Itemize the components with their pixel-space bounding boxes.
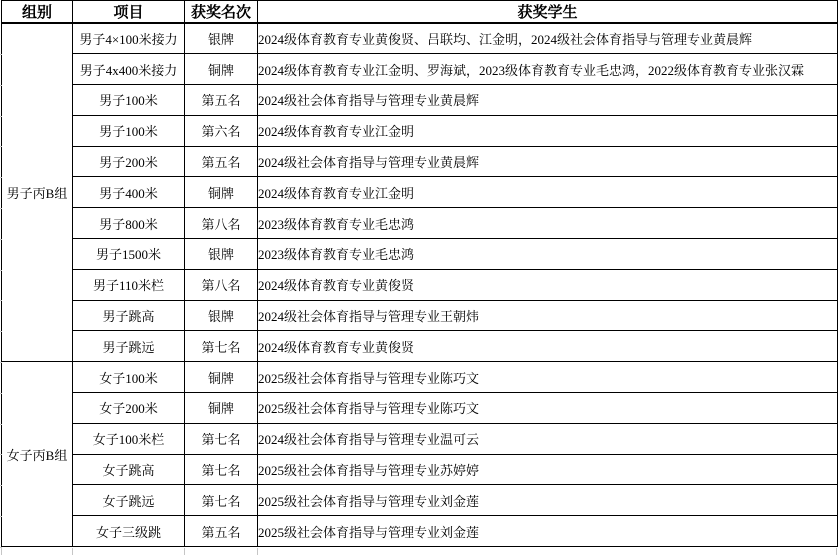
rank-cell: 第五名 — [185, 146, 258, 177]
gridline-stub — [0, 54, 2, 55]
table-body: 男子丙B组男子4×100米接力银牌2024级体育教育专业黄俊贤、吕联均、江金明，… — [2, 23, 838, 547]
awards-table: 组别 项目 获奖名次 获奖学生 男子丙B组男子4×100米接力银牌2024级体育… — [1, 0, 838, 547]
gridline-stub — [0, 547, 2, 548]
students-cell: 2025级社会体育指导与管理专业刘金莲 — [258, 516, 838, 547]
table-row: 男子丙B组男子4×100米接力银牌2024级体育教育专业黄俊贤、吕联均、江金明，… — [2, 23, 838, 54]
gridline-stub — [0, 208, 2, 209]
rank-cell: 第八名 — [185, 208, 258, 239]
students-cell: 2024级体育教育专业黄俊贤 — [258, 331, 838, 362]
event-cell: 男子1500米 — [73, 239, 185, 270]
rank-cell: 第五名 — [185, 516, 258, 547]
event-cell: 女子200米 — [73, 393, 185, 424]
gridline-stub — [836, 548, 837, 555]
rank-cell: 第五名 — [185, 85, 258, 116]
gridline-stub — [0, 362, 2, 363]
gridline-stub — [257, 548, 258, 555]
gridline-stub — [0, 516, 2, 517]
header-rank: 获奖名次 — [185, 1, 258, 24]
event-cell: 男子100米 — [73, 85, 185, 116]
table-row: 男子1500米银牌2023级体育教育专业毛忠鸿 — [2, 239, 838, 270]
event-cell: 男子4x400米接力 — [73, 54, 185, 85]
header-group: 组别 — [2, 1, 73, 24]
awards-sheet: 组别 项目 获奖名次 获奖学生 男子丙B组男子4×100米接力银牌2024级体育… — [0, 0, 840, 555]
gridline-stub — [0, 85, 2, 86]
group-cell: 女子丙B组 — [2, 362, 73, 547]
event-cell: 男子400米 — [73, 177, 185, 208]
rank-cell: 铜牌 — [185, 54, 258, 85]
students-cell: 2024级体育教育专业江金明 — [258, 177, 838, 208]
gridline-stub — [0, 331, 2, 332]
table-row: 男子跳高银牌2024级社会体育指导与管理专业王朝炜 — [2, 300, 838, 331]
table-row: 男子110米栏第八名2024级体育教育专业黄俊贤 — [2, 269, 838, 300]
gridline-stub — [0, 239, 2, 240]
table-row: 男子200米第五名2024级社会体育指导与管理专业黄晨辉 — [2, 146, 838, 177]
students-cell: 2024级社会体育指导与管理专业王朝炜 — [258, 300, 838, 331]
event-cell: 男子110米栏 — [73, 269, 185, 300]
event-cell: 女子100米栏 — [73, 423, 185, 454]
students-cell: 2024级体育教育专业黄俊贤 — [258, 269, 838, 300]
table-row: 男子100米第六名2024级体育教育专业江金明 — [2, 115, 838, 146]
rank-cell: 第六名 — [185, 115, 258, 146]
header-event: 项目 — [73, 1, 185, 24]
event-cell: 女子跳高 — [73, 454, 185, 485]
gridline-stub — [0, 485, 2, 486]
students-cell: 2023级体育教育专业毛忠鸿 — [258, 208, 838, 239]
table-row: 女子跳远第七名2025级社会体育指导与管理专业刘金莲 — [2, 485, 838, 516]
rank-cell: 银牌 — [185, 300, 258, 331]
gridline-stub — [0, 116, 2, 117]
students-cell: 2025级社会体育指导与管理专业苏婷婷 — [258, 454, 838, 485]
table-row: 女子三级跳第五名2025级社会体育指导与管理专业刘金莲 — [2, 516, 838, 547]
table-row: 女子跳高第七名2025级社会体育指导与管理专业苏婷婷 — [2, 454, 838, 485]
event-cell: 男子跳远 — [73, 331, 185, 362]
students-cell: 2024级体育教育专业江金明、罗海斌，2023级体育教育专业毛忠鸿，2022级体… — [258, 54, 838, 85]
rank-cell: 铜牌 — [185, 177, 258, 208]
gridline-stub — [0, 424, 2, 425]
gridline-stub — [72, 548, 73, 555]
gridline-stub — [0, 454, 2, 455]
students-cell: 2024级社会体育指导与管理专业黄晨辉 — [258, 85, 838, 116]
students-cell: 2025级社会体育指导与管理专业刘金莲 — [258, 485, 838, 516]
table-row: 男子400米铜牌2024级体育教育专业江金明 — [2, 177, 838, 208]
event-cell: 女子100米 — [73, 362, 185, 393]
table-row: 男子800米第八名2023级体育教育专业毛忠鸿 — [2, 208, 838, 239]
rank-cell: 银牌 — [185, 239, 258, 270]
rank-cell: 第七名 — [185, 331, 258, 362]
header-students: 获奖学生 — [258, 1, 838, 24]
event-cell: 男子800米 — [73, 208, 185, 239]
students-cell: 2024级社会体育指导与管理专业黄晨辉 — [258, 146, 838, 177]
students-cell: 2024级体育教育专业黄俊贤、吕联均、江金明，2024级社会体育指导与管理专业黄… — [258, 23, 838, 54]
gridline-stub — [0, 270, 2, 271]
rank-cell: 第七名 — [185, 454, 258, 485]
event-cell: 女子三级跳 — [73, 516, 185, 547]
gridline-stub — [0, 300, 2, 301]
students-cell: 2025级社会体育指导与管理专业陈巧文 — [258, 362, 838, 393]
table-row: 男子100米第五名2024级社会体育指导与管理专业黄晨辉 — [2, 85, 838, 116]
rank-cell: 第七名 — [185, 423, 258, 454]
table-row: 女子100米栏第七名2024级社会体育指导与管理专业温可云 — [2, 423, 838, 454]
gridline-stub — [0, 146, 2, 147]
gridline-stub — [0, 393, 2, 394]
table-header-row: 组别 项目 获奖名次 获奖学生 — [2, 1, 838, 24]
event-cell: 女子跳远 — [73, 485, 185, 516]
students-cell: 2023级体育教育专业毛忠鸿 — [258, 239, 838, 270]
gridline-stub — [1, 548, 2, 555]
table-row: 男子4x400米接力铜牌2024级体育教育专业江金明、罗海斌，2023级体育教育… — [2, 54, 838, 85]
table-row: 男子跳远第七名2024级体育教育专业黄俊贤 — [2, 331, 838, 362]
students-cell: 2024级社会体育指导与管理专业温可云 — [258, 423, 838, 454]
rank-cell: 银牌 — [185, 23, 258, 54]
students-cell: 2025级社会体育指导与管理专业陈巧文 — [258, 393, 838, 424]
rank-cell: 第八名 — [185, 269, 258, 300]
rank-cell: 铜牌 — [185, 362, 258, 393]
group-cell: 男子丙B组 — [2, 23, 73, 362]
gridline-stub — [0, 177, 2, 178]
gridline-stub — [184, 548, 185, 555]
rank-cell: 铜牌 — [185, 393, 258, 424]
table-row: 女子200米铜牌2025级社会体育指导与管理专业陈巧文 — [2, 393, 838, 424]
students-cell: 2024级体育教育专业江金明 — [258, 115, 838, 146]
rank-cell: 第七名 — [185, 485, 258, 516]
event-cell: 男子100米 — [73, 115, 185, 146]
event-cell: 男子跳高 — [73, 300, 185, 331]
event-cell: 男子200米 — [73, 146, 185, 177]
table-row: 女子丙B组女子100米铜牌2025级社会体育指导与管理专业陈巧文 — [2, 362, 838, 393]
event-cell: 男子4×100米接力 — [73, 23, 185, 54]
